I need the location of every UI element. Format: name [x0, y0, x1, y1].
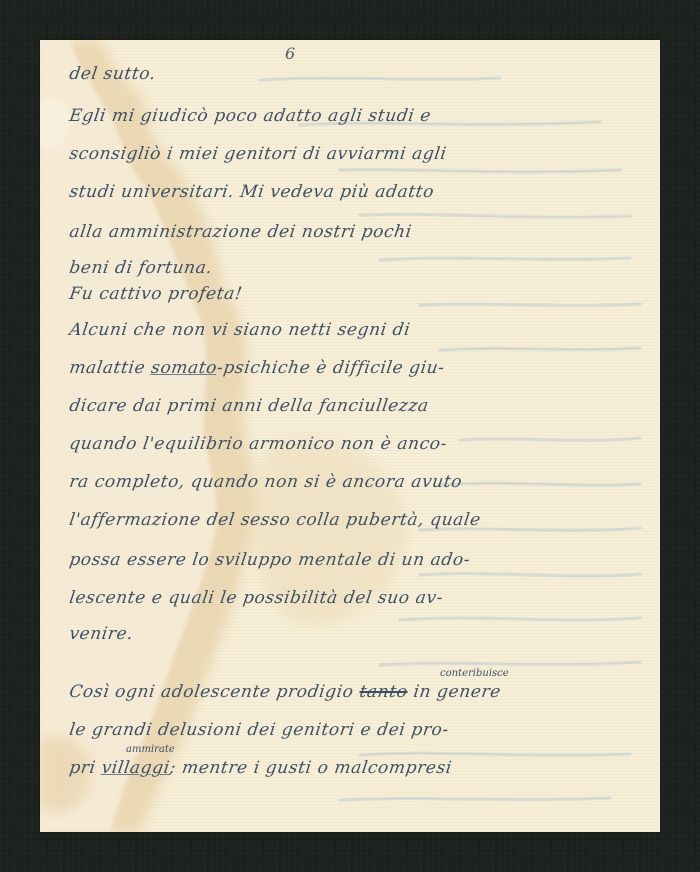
handwritten-letter-page: 6 del sutto. Egli mi giudicò poco adatto… — [40, 40, 660, 832]
text-line-17: Così ogni adolescente prodigio tanto in … — [68, 682, 502, 702]
line-9-end: -psichiche è difficile giu- — [216, 358, 446, 378]
inserted-word-above-line-17: conteribuisce — [440, 668, 509, 679]
text-line-16: venire. — [68, 624, 135, 644]
text-line-15: lescente e quali le possibilità del suo … — [68, 588, 444, 608]
text-line-7: Fu cattivo profeta! — [68, 284, 244, 304]
struck-word-tanto: tanto — [358, 682, 409, 702]
text-line-8: Alcuni che non vi siano netti segni di — [68, 320, 412, 340]
underlined-word-somato: somato — [150, 358, 219, 378]
text-line-11: quando l'equilibrio armonico non è anco- — [68, 434, 448, 454]
line-19-end: ; mentre i gusti o malcompresi — [168, 758, 453, 778]
text-line-3: sconsigliò i miei genitori di avviarmi a… — [68, 144, 448, 164]
text-line-6: beni di fortuna. — [68, 258, 214, 278]
line-17-end: in genere — [406, 682, 502, 702]
text-line-12: ra completo, quando non si è ancora avut… — [68, 472, 463, 492]
page-number: 6 — [285, 44, 295, 63]
text-line-5: alla amministrazione dei nostri pochi — [68, 222, 413, 242]
line-17-start: Così ogni adolescente prodigio — [68, 682, 361, 702]
underlined-word-villaggi: villaggi — [100, 758, 171, 778]
inserted-word-above-line-19: ammirate — [126, 744, 175, 755]
text-line-13: l'affermazione del sesso colla pubertà, … — [68, 510, 482, 530]
text-line-2: Egli mi giudicò poco adatto agli studi e — [68, 106, 432, 126]
text-line-10: dicare dai primi anni della fanciullezza — [68, 396, 430, 416]
text-line-19: pri villaggi; mentre i gusti o malcompre… — [68, 758, 453, 778]
text-line-18: le grandi delusioni dei genitori e dei p… — [68, 720, 450, 740]
text-line-9: malattie somato-psichiche è difficile gi… — [68, 358, 446, 378]
text-line-1: del sutto. — [68, 64, 157, 84]
text-line-4: studi universitari. Mi vedeva più adatto — [68, 182, 435, 202]
line-9-start: malattie — [68, 358, 153, 378]
line-19-start: pri — [68, 758, 103, 778]
text-line-14: possa essere lo sviluppo mentale di un a… — [68, 550, 472, 570]
